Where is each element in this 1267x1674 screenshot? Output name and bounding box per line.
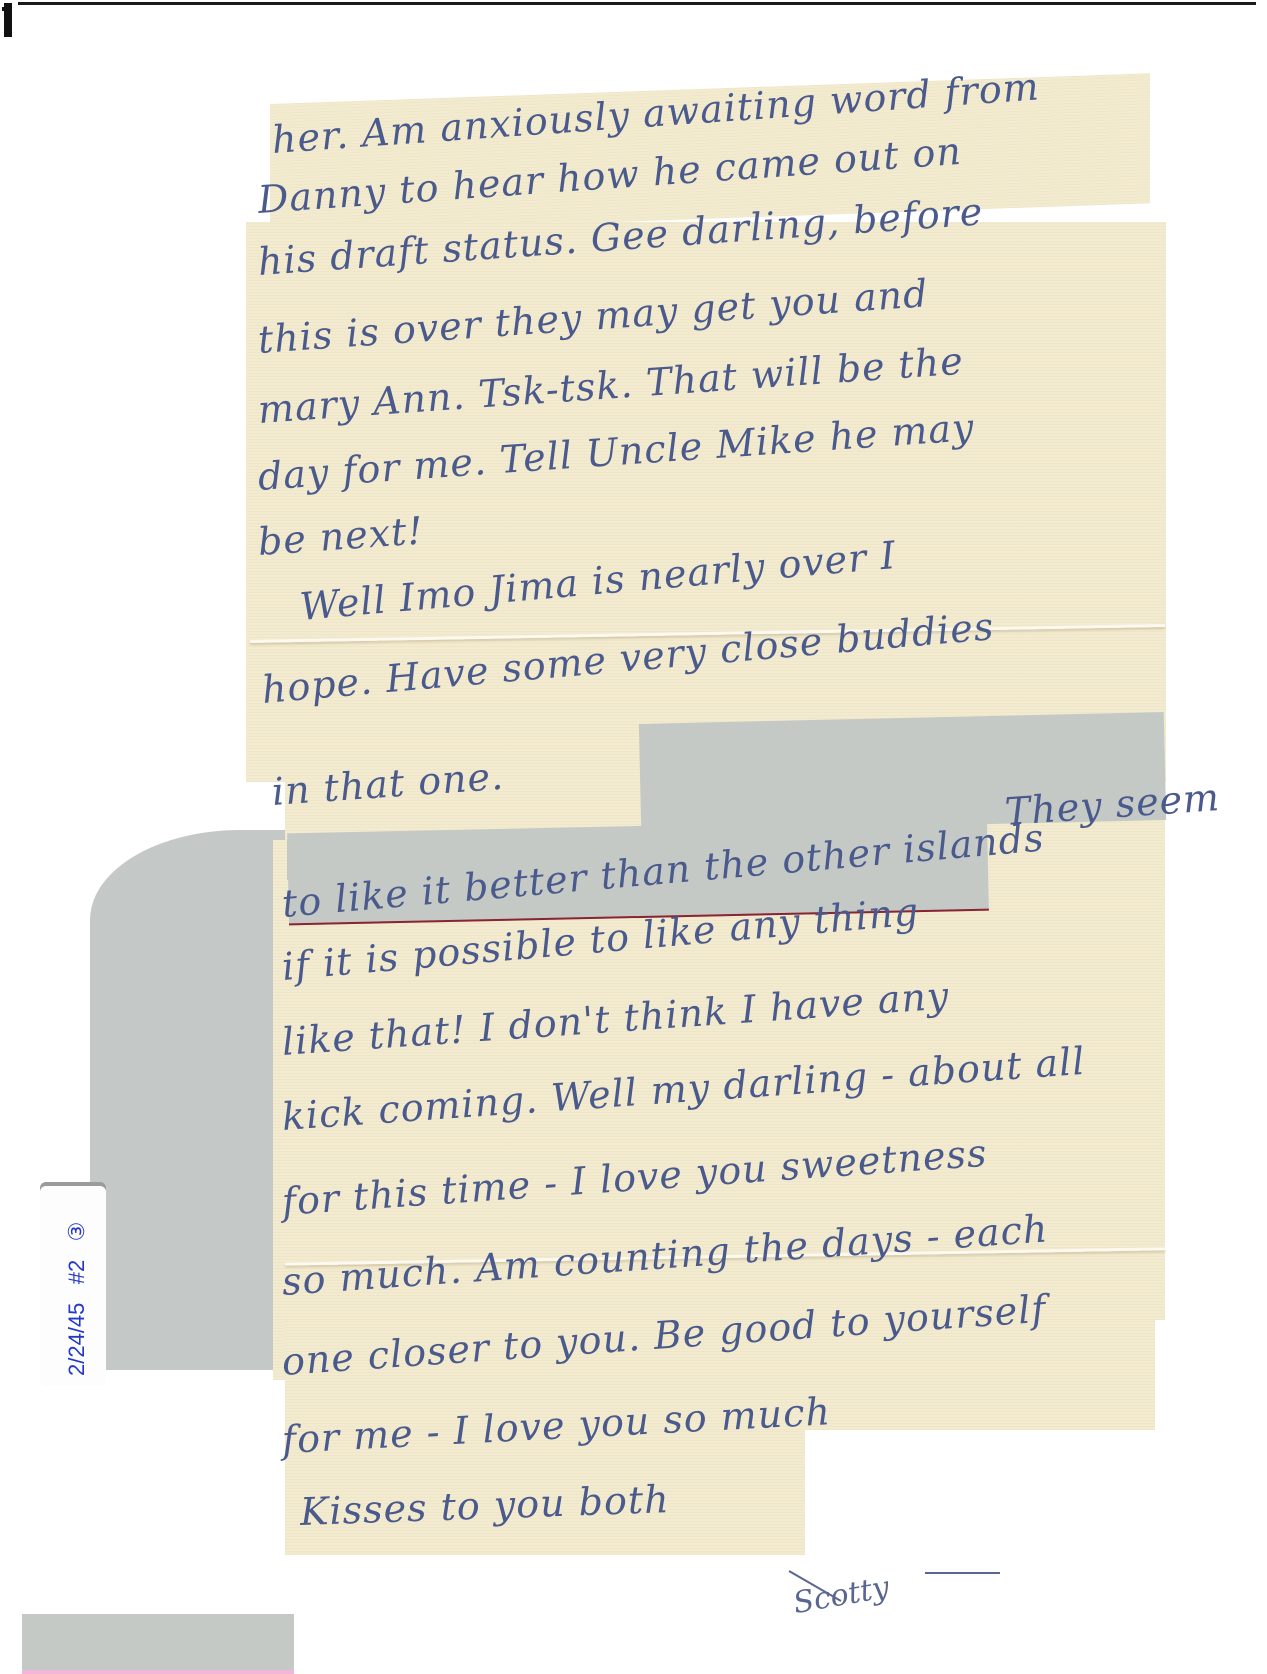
archive-label: 2/24/45 #2 ③ [40,1186,106,1386]
signature-flourish [925,1572,1000,1574]
scan-top-rule [18,2,1256,5]
label-page: ③ [64,1222,89,1242]
label-number: #2 [64,1260,89,1284]
scan-corner-mark [4,3,12,37]
label-date: 2/24/45 [64,1303,89,1376]
archive-label-text: 2/24/45 #2 ③ [64,1186,90,1376]
envelope-backing [90,830,290,1370]
backing-strip [22,1614,294,1674]
signature: Scotty [791,1570,892,1621]
